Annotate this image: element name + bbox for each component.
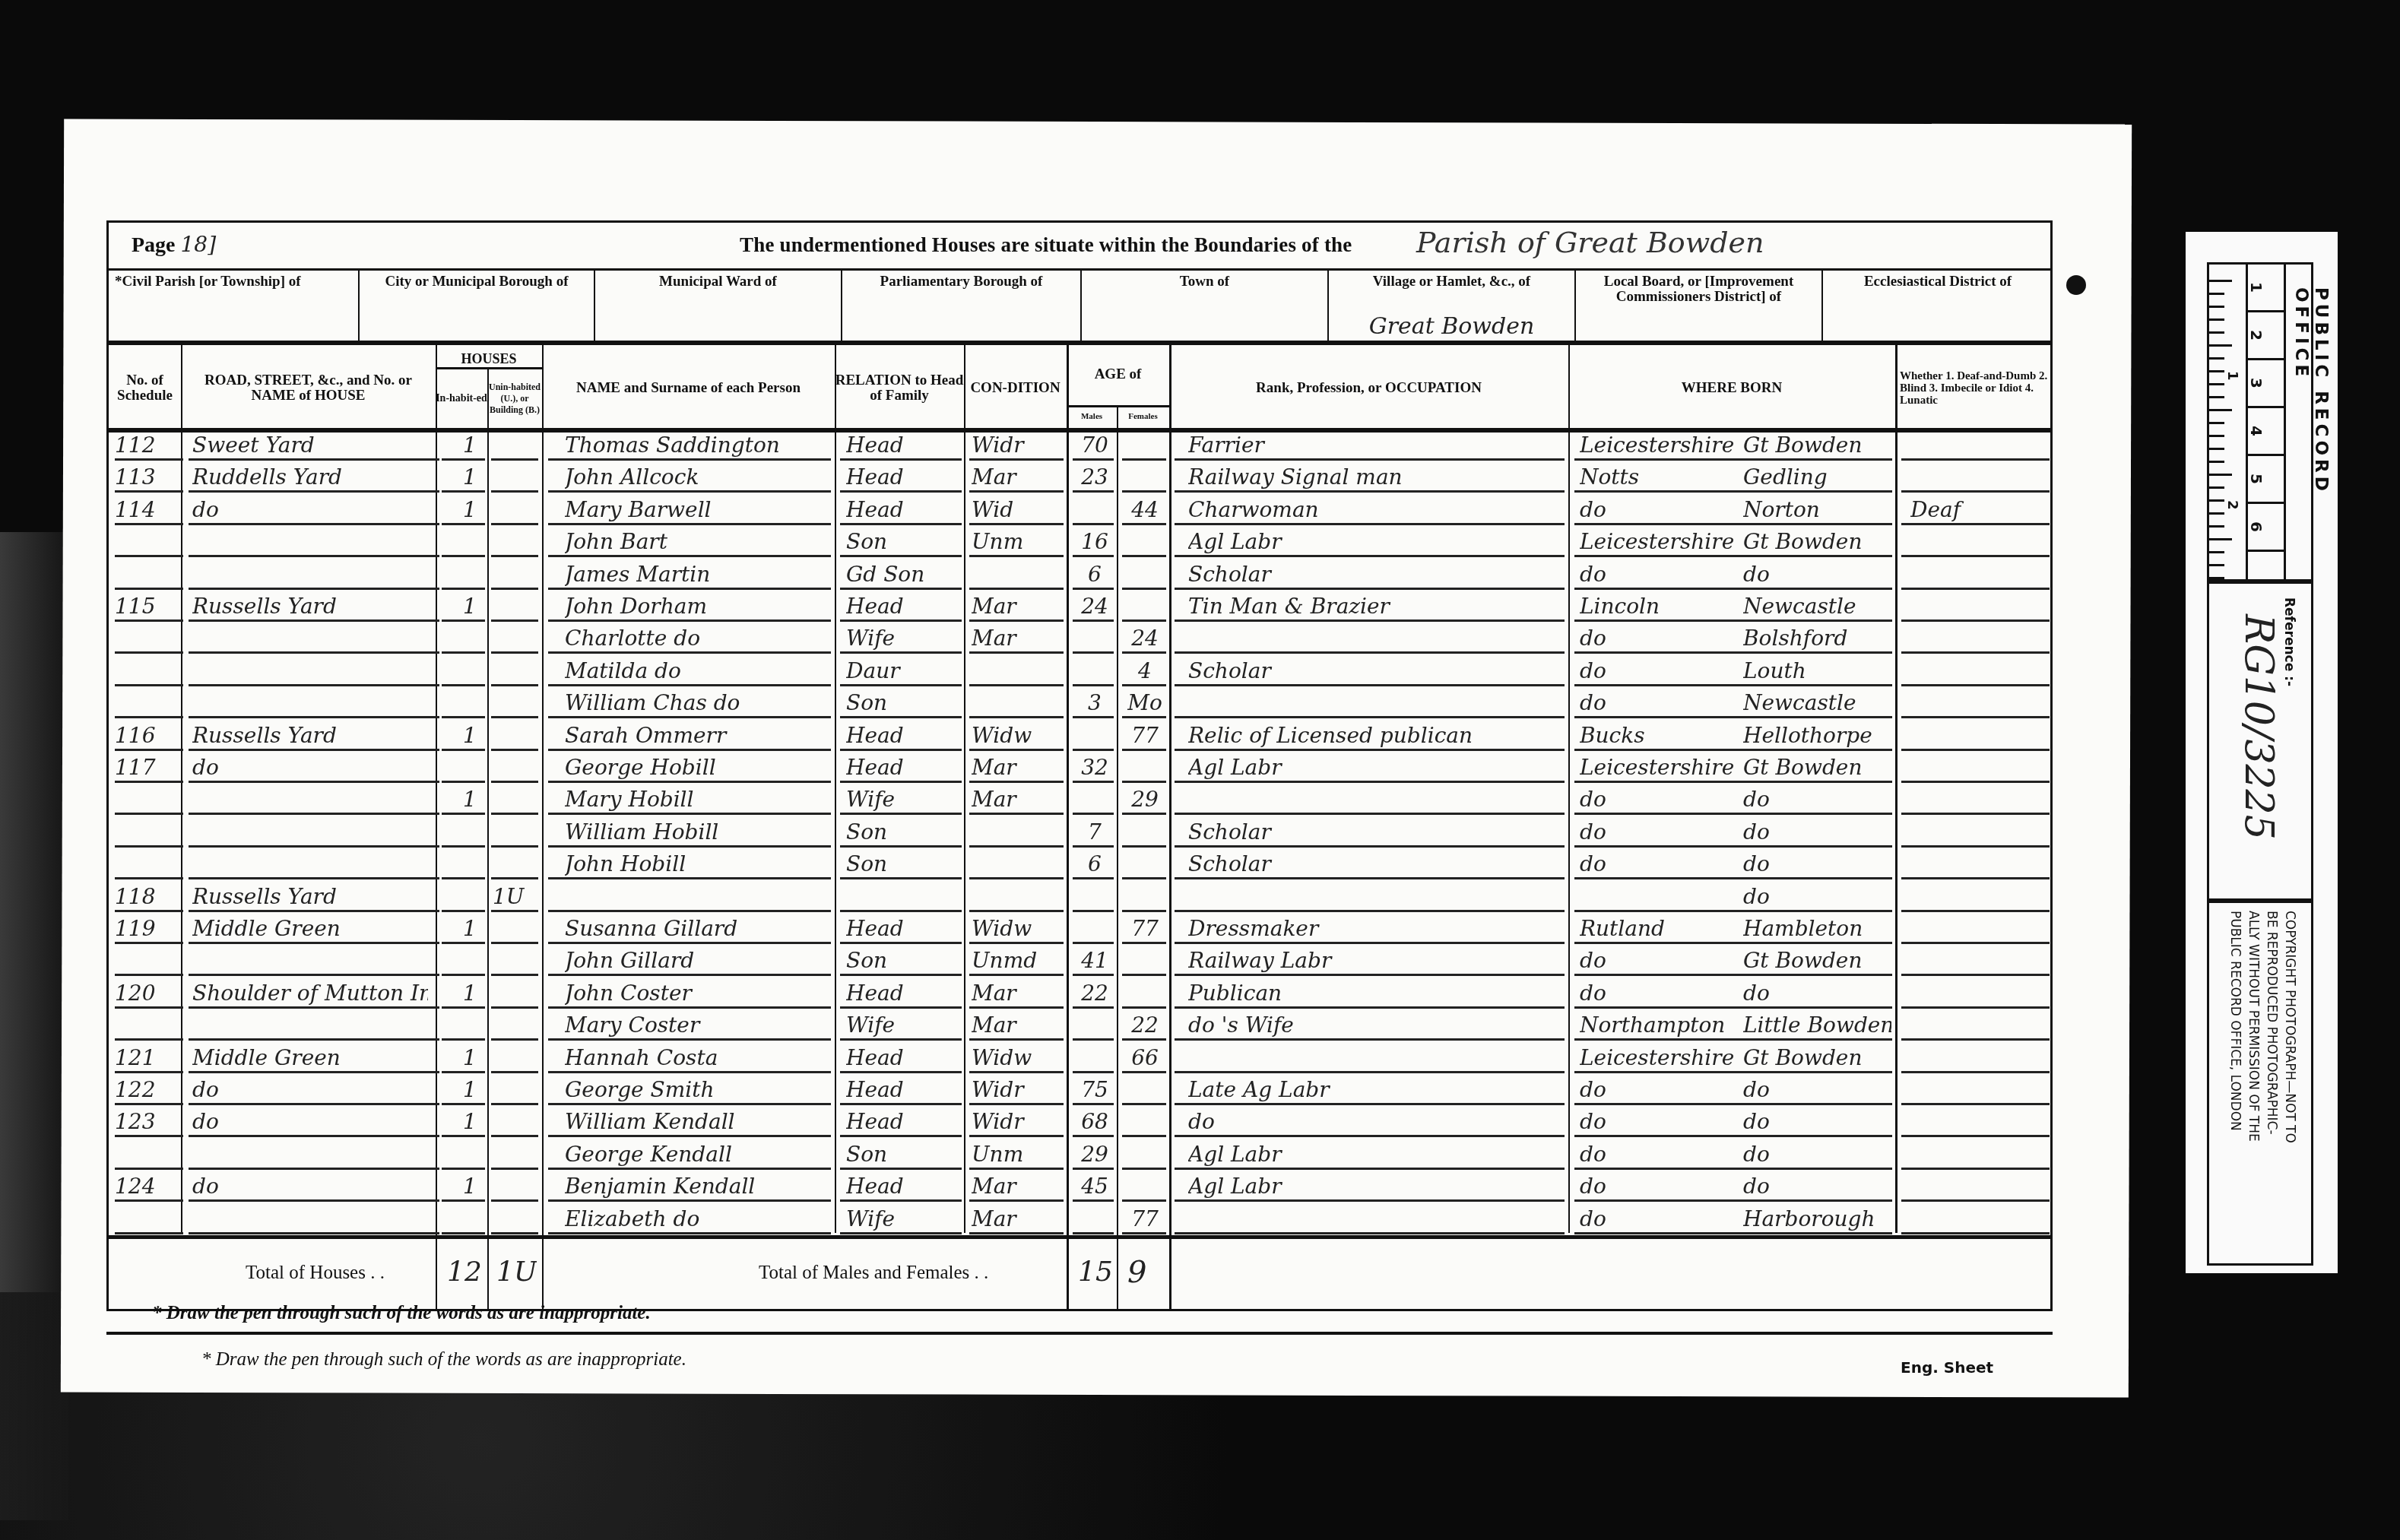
row-born-county: Leicestershire <box>1580 753 1739 782</box>
row-rule <box>1574 1006 1892 1009</box>
row-born-county: do <box>1580 979 1739 1008</box>
row-rule <box>548 1071 831 1073</box>
row-born-place: do <box>1743 1076 1891 1104</box>
row-rule <box>491 651 538 654</box>
row-schedule: 115 <box>115 592 176 621</box>
row-rule <box>1122 1168 1166 1170</box>
row-rule <box>969 749 1064 751</box>
row-rule <box>1901 974 2050 976</box>
row-rule <box>1901 523 2050 525</box>
ruler-tick <box>2209 564 2224 566</box>
row-born-county: Leicestershire <box>1580 431 1739 460</box>
row-rule <box>840 813 962 815</box>
row-female-age: 29 <box>1121 785 1168 814</box>
table-row: 119Middle Green1Susanna GillardHeadWidw7… <box>109 913 2050 945</box>
row-male-age: 68 <box>1073 1107 1117 1136</box>
row-rule <box>1122 781 1166 783</box>
col-condition: CON-DITION <box>964 348 1067 428</box>
total-inhabited: 12 <box>447 1258 482 1287</box>
ruler-tick <box>2209 396 2224 398</box>
row-rule <box>115 877 183 879</box>
row-rule <box>189 1103 439 1105</box>
row-rule <box>1175 781 1565 783</box>
row-female-age: 44 <box>1121 496 1168 524</box>
row-rule <box>1122 942 1166 944</box>
row-condition: Unmd <box>972 946 1063 975</box>
row-rule <box>442 523 485 525</box>
row-rule <box>442 619 485 622</box>
row-infirmity <box>1910 979 2047 1008</box>
row-born-county: do <box>1580 657 1739 686</box>
row-rule <box>1574 781 1892 783</box>
row-rule <box>1901 942 2050 944</box>
row-rule <box>1175 619 1565 622</box>
row-male-age: 24 <box>1073 592 1117 621</box>
row-condition: Mar <box>972 1011 1063 1040</box>
row-rule <box>548 458 831 461</box>
divider <box>436 367 542 369</box>
row-relation: Head <box>846 431 960 460</box>
row-male-age <box>1073 496 1117 524</box>
row-rule <box>1122 1006 1166 1009</box>
row-rule <box>1901 1103 2050 1105</box>
row-male-age <box>1073 1011 1117 1040</box>
row-rule <box>491 716 538 718</box>
row-uninhabited <box>493 850 538 879</box>
census-form: Page 18] The undermentioned Houses are s… <box>106 220 2053 1311</box>
page-number: Page 18] <box>132 232 216 258</box>
row-rule <box>548 684 831 686</box>
row-rule <box>442 684 485 686</box>
row-born-county: do <box>1580 1107 1739 1136</box>
row-rule <box>1073 523 1114 525</box>
row-relation: Head <box>846 1172 960 1201</box>
row-name: John Bart <box>565 528 831 556</box>
row-rule <box>1073 1199 1114 1202</box>
row-male-age: 7 <box>1073 818 1117 847</box>
row-address <box>192 850 428 879</box>
row-rule <box>442 1135 485 1137</box>
row-born-county: Lincoln <box>1580 592 1739 621</box>
row-relation: Head <box>846 496 960 524</box>
row-rule <box>1175 1199 1565 1202</box>
row-rule <box>840 555 962 557</box>
row-name: Thomas Saddington <box>565 431 831 460</box>
row-infirmity <box>1910 1172 2047 1201</box>
row-rule <box>1901 910 2050 912</box>
row-born-place: Newcastle <box>1743 592 1891 621</box>
row-condition <box>972 560 1063 589</box>
row-born-place: do <box>1743 1140 1891 1169</box>
row-rule <box>548 1006 831 1009</box>
row-rule <box>1901 588 2050 590</box>
row-rule <box>1901 458 2050 461</box>
row-schedule: 120 <box>115 979 176 1008</box>
row-occupation: Relic of Licensed publican <box>1188 721 1565 750</box>
row-relation: Son <box>846 946 960 975</box>
row-born-county: do <box>1580 785 1739 814</box>
row-condition: Widr <box>972 1076 1063 1104</box>
row-condition <box>972 818 1063 847</box>
row-rule <box>1122 1103 1166 1105</box>
row-rule <box>840 1103 962 1105</box>
row-rule <box>115 523 183 525</box>
row-schedule <box>115 818 176 847</box>
row-schedule <box>115 1140 176 1169</box>
row-name: Benjamin Kendall <box>565 1172 831 1201</box>
row-infirmity <box>1910 914 2047 943</box>
row-relation: Son <box>846 850 960 879</box>
row-rule <box>189 490 439 493</box>
row-rule <box>1122 877 1166 879</box>
row-rule <box>1901 651 2050 654</box>
table-row: 1Mary HobillWifeMar29dodo <box>109 784 2050 816</box>
row-rule <box>840 458 962 461</box>
row-relation: Head <box>846 753 960 782</box>
row-rule <box>1175 458 1565 461</box>
row-infirmity <box>1910 946 2047 975</box>
row-rule <box>1073 490 1114 493</box>
row-inhabited: 1 <box>455 1044 485 1073</box>
row-address: do <box>192 1076 428 1104</box>
row-female-age <box>1121 818 1168 847</box>
row-infirmity <box>1910 1107 2047 1136</box>
row-female-age <box>1121 946 1168 975</box>
row-rule <box>1073 910 1114 912</box>
row-relation: Head <box>846 463 960 492</box>
row-rule <box>1175 716 1565 718</box>
row-name: Matilda do <box>565 657 831 686</box>
row-rule <box>491 1135 538 1137</box>
row-male-age: 3 <box>1073 689 1117 718</box>
ruler-tick <box>2209 293 2224 295</box>
row-rule <box>1574 458 1892 461</box>
row-rule <box>189 910 439 912</box>
row-relation: Daur <box>846 657 960 686</box>
row-rule <box>491 877 538 879</box>
row-rule <box>840 749 962 751</box>
row-rule <box>1574 490 1892 493</box>
col-males: Males <box>1067 405 1117 428</box>
row-rule <box>1073 781 1114 783</box>
row-rule <box>1175 588 1565 590</box>
row-rule <box>1073 458 1114 461</box>
row-rule <box>1122 1038 1166 1041</box>
ruler-tick <box>2209 512 2224 515</box>
archive-strip: 1 2 3 4 5 6 1 2 PUBLIC RECORD OFFICE Ref… <box>2186 232 2338 1273</box>
row-rule <box>1574 555 1892 557</box>
row-born-county: Bucks <box>1580 721 1739 750</box>
total-houses-label: Total of Houses . . <box>246 1263 385 1284</box>
row-rule <box>1122 845 1166 848</box>
total-males: 15 <box>1078 1258 1113 1287</box>
ruler-tick <box>2209 280 2232 282</box>
row-rule <box>1175 974 1565 976</box>
row-born-place: do <box>1743 850 1891 879</box>
table-row: 120Shoulder of Mutton Inn1John CosterHea… <box>109 978 2050 1009</box>
row-rule <box>115 1135 183 1137</box>
row-inhabited <box>455 818 485 847</box>
row-inhabited <box>455 1140 485 1169</box>
row-uninhabited <box>493 1044 538 1073</box>
row-address: do <box>192 753 428 782</box>
row-rule <box>189 813 439 815</box>
row-rule <box>1122 749 1166 751</box>
row-female-age <box>1121 850 1168 879</box>
row-rule <box>840 716 962 718</box>
row-condition: Unm <box>972 528 1063 556</box>
row-rule <box>189 458 439 461</box>
row-address <box>192 1011 428 1040</box>
row-uninhabited <box>493 496 538 524</box>
row-infirmity <box>1910 560 2047 589</box>
office-name: PUBLIC RECORD OFFICE <box>2291 287 2331 579</box>
col-age: AGE of <box>1067 348 1169 401</box>
row-schedule: 119 <box>115 914 176 943</box>
row-infirmity <box>1910 657 2047 686</box>
row-rule <box>1901 684 2050 686</box>
row-born-place: do <box>1743 882 1891 911</box>
row-infirmity <box>1910 882 2047 911</box>
row-occupation: Farrier <box>1188 431 1565 460</box>
row-rule <box>840 1038 962 1041</box>
row-address: Russells Yard <box>192 721 428 750</box>
row-condition: Widw <box>972 1044 1063 1073</box>
reference-box: Reference :- RG10/3225 <box>2207 581 2313 901</box>
row-rule <box>442 1006 485 1009</box>
row-infirmity <box>1910 1140 2047 1169</box>
row-born-place: do <box>1743 1107 1891 1136</box>
col-address: ROAD, STREET, &c., and No. or NAME of HO… <box>181 348 436 428</box>
row-rule <box>1574 813 1892 815</box>
row-rule <box>189 942 439 944</box>
row-rule <box>491 555 538 557</box>
row-rule <box>115 1038 183 1041</box>
table-row: James MartinGd Son6Scholardodo <box>109 559 2050 591</box>
row-rule <box>115 684 183 686</box>
row-rule <box>969 458 1064 461</box>
row-rule <box>491 813 538 815</box>
row-occupation: Scholar <box>1188 657 1565 686</box>
row-rule <box>1175 845 1565 848</box>
row-rule <box>1574 1038 1892 1041</box>
row-infirmity <box>1910 1044 2047 1073</box>
row-name: William Kendall <box>565 1107 831 1136</box>
row-rule <box>491 781 538 783</box>
row-rule <box>491 974 538 976</box>
row-rule <box>548 716 831 718</box>
row-rule <box>491 684 538 686</box>
row-rule <box>1122 490 1166 493</box>
row-rule <box>189 619 439 622</box>
row-born-county: Northampton <box>1580 1011 1739 1040</box>
ruler-divider <box>2246 265 2248 579</box>
ruler-tick <box>2209 551 2224 553</box>
row-rule <box>1073 684 1114 686</box>
row-occupation: do 's Wife <box>1188 1011 1565 1040</box>
row-rule <box>969 1006 1064 1009</box>
row-occupation: Publican <box>1188 979 1565 1008</box>
table-row: 121Middle Green1Hannah CostaHeadWidw66Le… <box>109 1042 2050 1074</box>
row-born-place: do <box>1743 785 1891 814</box>
row-rule <box>1574 716 1892 718</box>
row-rule <box>548 619 831 622</box>
row-born-place: Norton <box>1743 496 1891 524</box>
row-condition <box>972 689 1063 718</box>
row-address <box>192 785 428 814</box>
row-rule <box>840 1168 962 1170</box>
row-occupation <box>1188 1044 1565 1073</box>
table-row: 118Russells Yard1Udo <box>109 881 2050 913</box>
row-rule <box>1901 1071 2050 1073</box>
row-schedule <box>115 946 176 975</box>
row-rule <box>548 1038 831 1041</box>
ruler-tick <box>2209 318 2224 321</box>
row-born-place: do <box>1743 979 1891 1008</box>
row-name: Mary Hobill <box>565 785 831 814</box>
row-rule <box>115 555 183 557</box>
row-rule <box>840 974 962 976</box>
row-rule <box>189 651 439 654</box>
table-row: 112Sweet Yard1Thomas SaddingtonHeadWidr7… <box>109 429 2050 461</box>
row-occupation: Late Ag Labr <box>1188 1076 1565 1104</box>
row-infirmity <box>1910 689 2047 718</box>
row-rule <box>1901 1199 2050 1202</box>
ruler-tick <box>2209 383 2224 385</box>
ruler-tick <box>2209 577 2224 579</box>
row-rule <box>189 974 439 976</box>
row-address: Ruddells Yard <box>192 463 428 492</box>
table-row: 122do1George SmithHeadWidr75Late Ag Labr… <box>109 1074 2050 1106</box>
row-rule <box>840 619 962 622</box>
row-rule <box>115 781 183 783</box>
row-rule <box>840 588 962 590</box>
col-infirmity: Whether 1. Deaf-and-Dumb 2. Blind 3. Imb… <box>1895 348 2055 428</box>
row-occupation: Agl Labr <box>1188 528 1565 556</box>
row-name: Mary Barwell <box>565 496 831 524</box>
row-relation <box>846 882 960 911</box>
row-born-place: Louth <box>1743 657 1891 686</box>
row-uninhabited <box>493 463 538 492</box>
row-born-county: do <box>1580 560 1739 589</box>
row-condition: Mar <box>972 785 1063 814</box>
row-rule <box>1175 490 1565 493</box>
row-rule <box>1574 588 1892 590</box>
row-rule <box>840 910 962 912</box>
row-rule <box>115 458 183 461</box>
row-name: John Coster <box>565 979 831 1008</box>
row-rule <box>1901 781 2050 783</box>
row-born-county: Leicestershire <box>1580 1044 1739 1073</box>
table-row: Mary CosterWifeMar22do 's WifeNorthampto… <box>109 1009 2050 1041</box>
row-born-place: Newcastle <box>1743 689 1891 718</box>
row-inhabited <box>455 946 485 975</box>
row-rule <box>1901 1038 2050 1041</box>
row-rule <box>969 1232 1064 1234</box>
row-rule <box>442 716 485 718</box>
col-houses: HOUSES <box>436 350 542 367</box>
row-inhabited <box>455 624 485 653</box>
row-inhabited: 1 <box>455 463 485 492</box>
row-rule <box>115 942 183 944</box>
row-rule <box>115 716 183 718</box>
binding-hole <box>2066 275 2086 295</box>
ruler-tick <box>2209 409 2232 411</box>
row-rule <box>1175 523 1565 525</box>
row-condition: Mar <box>972 753 1063 782</box>
row-rule <box>189 684 439 686</box>
row-rule <box>442 1071 485 1073</box>
row-infirmity <box>1910 463 2047 492</box>
row-born-county: do <box>1580 1172 1739 1201</box>
table-row: 116Russells Yard1Sarah OmmerrHeadWidw77R… <box>109 720 2050 752</box>
row-rule <box>1122 458 1166 461</box>
row-rule <box>189 1232 439 1234</box>
row-rule <box>442 877 485 879</box>
row-relation: Head <box>846 914 960 943</box>
row-rule <box>1574 1168 1892 1170</box>
row-rule <box>548 749 831 751</box>
row-rule <box>442 974 485 976</box>
admin-municipal-ward: Municipal Ward of <box>595 268 842 341</box>
row-rule <box>548 942 831 944</box>
row-rule <box>491 490 538 493</box>
row-rule <box>969 523 1064 525</box>
row-female-age: 77 <box>1121 914 1168 943</box>
row-born-county: do <box>1580 624 1739 653</box>
ruler-number: 3 <box>2247 360 2285 408</box>
row-rule <box>840 651 962 654</box>
row-rule <box>1122 1232 1166 1234</box>
row-name: William Hobill <box>565 818 831 847</box>
row-schedule <box>115 657 176 686</box>
ruler-tick <box>2209 525 2224 528</box>
row-uninhabited: 1U <box>493 882 538 911</box>
row-occupation <box>1188 1205 1565 1234</box>
row-rule <box>840 1232 962 1234</box>
row-rule <box>1073 1071 1114 1073</box>
row-address: Russells Yard <box>192 592 428 621</box>
row-name: Susanna Gillard <box>565 914 831 943</box>
row-born-county: Notts <box>1580 463 1739 492</box>
ruler-tick <box>2209 474 2232 476</box>
row-female-age <box>1121 1172 1168 1201</box>
row-born-county: do <box>1580 1140 1739 1169</box>
row-male-age: 6 <box>1073 850 1117 879</box>
row-address: do <box>192 1172 428 1201</box>
row-rule <box>1073 555 1114 557</box>
row-rule <box>1901 845 2050 848</box>
ruler-number: 5 <box>2247 456 2285 504</box>
row-rule <box>115 974 183 976</box>
row-rule <box>548 813 831 815</box>
row-name: Mary Coster <box>565 1011 831 1040</box>
row-rule <box>1122 974 1166 976</box>
row-rule <box>189 1038 439 1041</box>
ruler-tick <box>2209 486 2224 489</box>
row-occupation: do <box>1188 1107 1565 1136</box>
col-where-born: WHERE BORN <box>1568 348 1895 428</box>
row-schedule <box>115 1205 176 1234</box>
row-male-age <box>1073 1205 1117 1234</box>
ruler-tick <box>2209 435 2224 437</box>
admin-town: Town of <box>1082 268 1329 341</box>
row-male-age <box>1073 657 1117 686</box>
row-rule <box>1073 1006 1114 1009</box>
row-female-age <box>1121 882 1168 911</box>
row-rule <box>491 458 538 461</box>
row-rule <box>491 619 538 622</box>
